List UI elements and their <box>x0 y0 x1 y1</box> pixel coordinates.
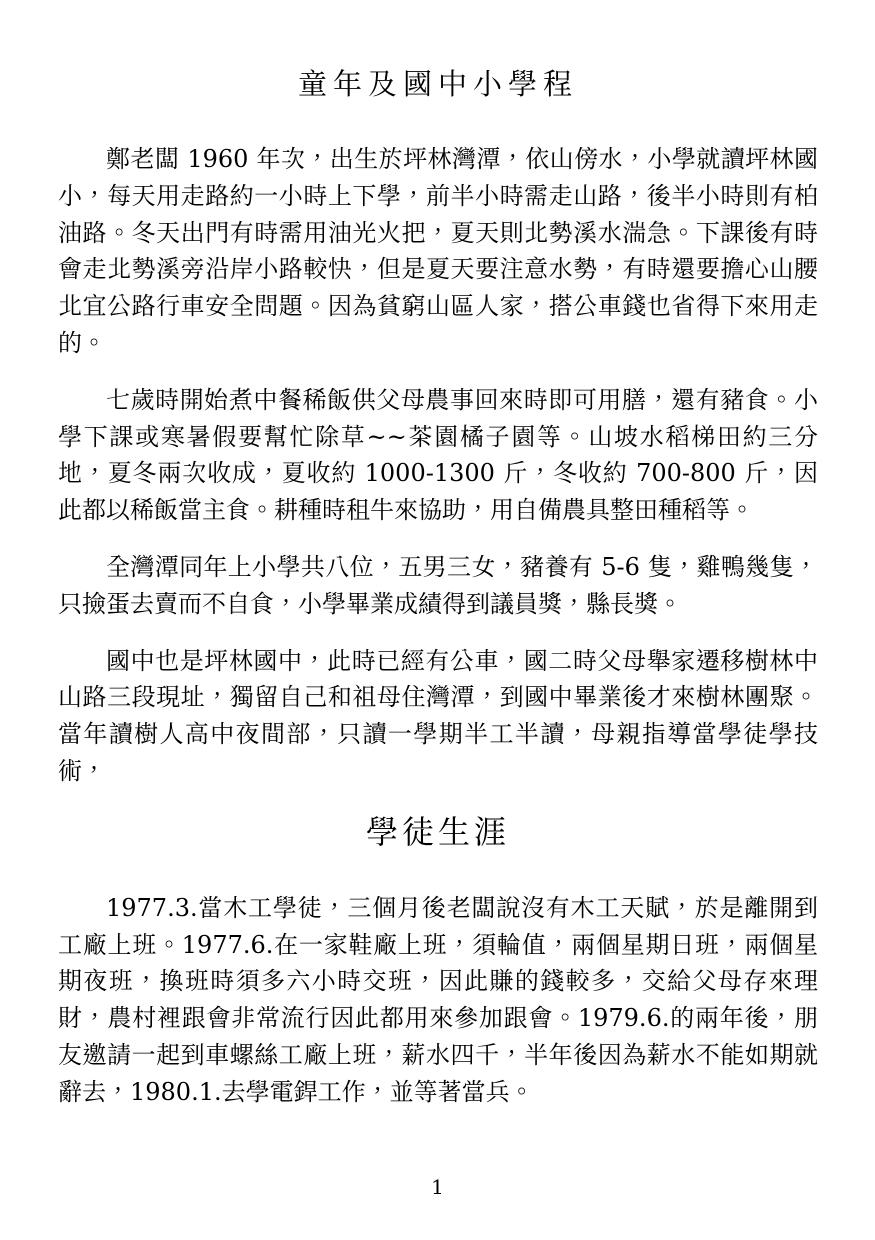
section-heading-apprentice: 學徒生涯 <box>58 810 818 855</box>
paragraph-childhood-1: 鄭老闆 1960 年次，出生於坪林灣潭，依山傍水，小學就讀坪林國小，每天用走路約… <box>58 141 818 362</box>
paragraph-apprentice-1: 1977.3.當木工學徒，三個月後老闆說沒有木工天賦，於是離開到工廠上班。197… <box>58 890 818 1111</box>
paragraph-childhood-2: 七歲時開始煮中餐稀飯供父母農事回來時即可用膳，還有豬食。小學下課或寒暑假要幫忙除… <box>58 382 818 529</box>
document-page: 童年及國中小學程 鄭老闆 1960 年次，出生於坪林灣潭，依山傍水，小學就讀坪林… <box>0 0 875 1240</box>
page-number: 1 <box>0 1176 875 1199</box>
paragraph-childhood-4: 國中也是坪林國中，此時已經有公車，國二時父母舉家遷移樹林中山路三段現址，獨留自己… <box>58 643 818 790</box>
paragraph-childhood-3: 全灣潭同年上小學共八位，五男三女，豬養有 5-6 隻，雞鴨幾隻，只撿蛋去賣而不自… <box>58 549 818 623</box>
section-heading-childhood: 童年及國中小學程 <box>58 64 818 105</box>
